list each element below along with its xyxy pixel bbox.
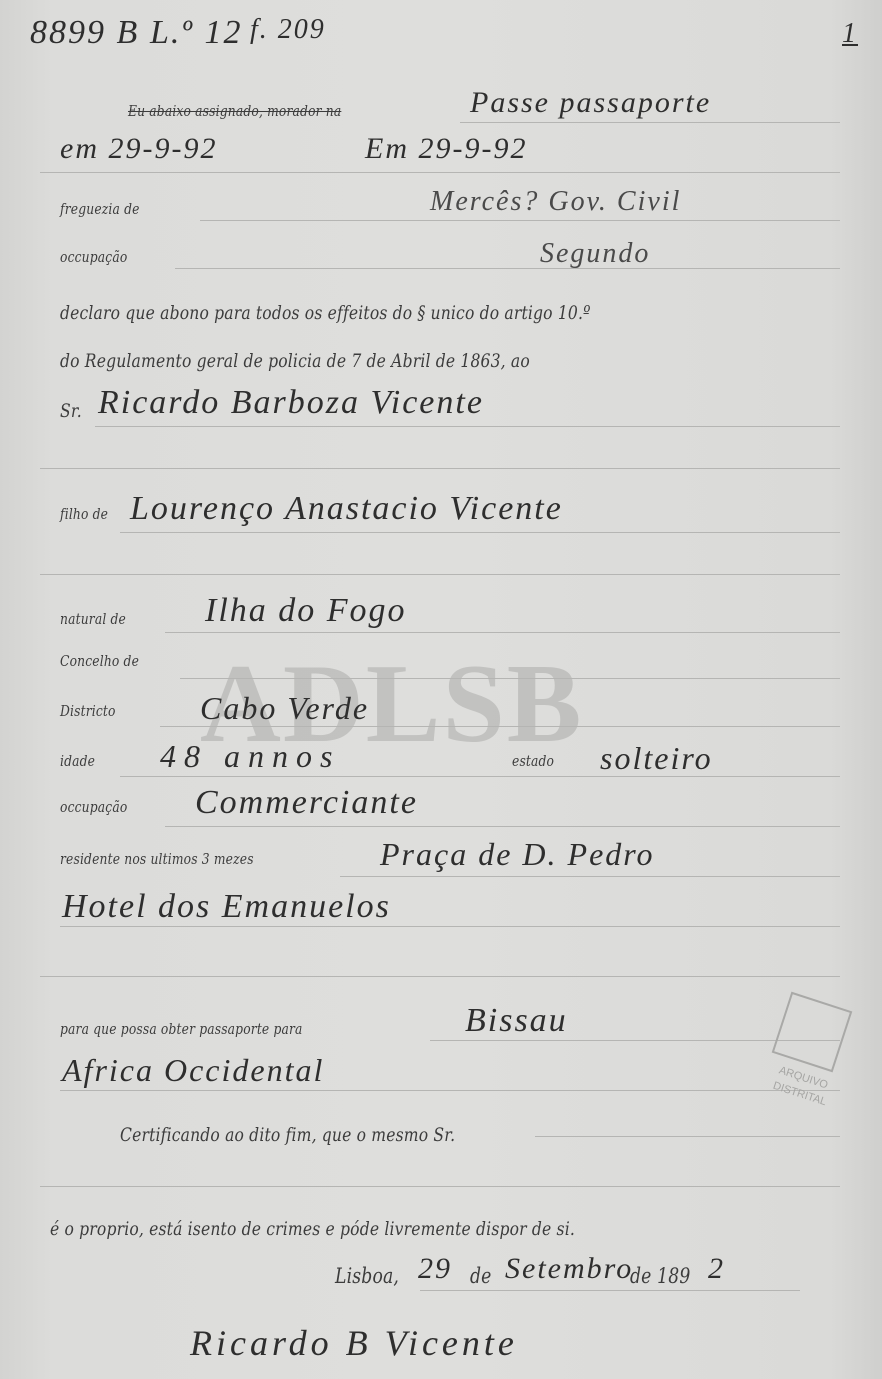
- filho-label: filho de: [60, 505, 108, 523]
- passport-declaration-page: ADLSB 8899 B L.º 12 f. 209 1 Eu abaixo a…: [0, 0, 882, 1379]
- reference-number: 8899 B: [30, 14, 139, 52]
- certificando-text: Certificando ao dito fim, que o mesmo Sr…: [120, 1124, 455, 1146]
- intro-label: Eu abaixo assignado, morador na: [128, 102, 341, 120]
- idade-label: idade: [60, 752, 95, 770]
- page-number: 1: [842, 18, 858, 50]
- estado-value: solteiro: [600, 740, 713, 777]
- signature: Ricardo B Vicente: [190, 1322, 518, 1364]
- occupacao-value: Segundo: [540, 238, 650, 270]
- estado-label: estado: [512, 752, 554, 770]
- archive-stamp: [772, 992, 853, 1073]
- residente-value-2: Hotel dos Emanuelos: [62, 888, 391, 926]
- sr-label: Sr.: [60, 400, 82, 422]
- destino-value-2: Africa Occidental: [62, 1052, 324, 1089]
- residente-value-1: Praça de D. Pedro: [380, 836, 655, 873]
- book-number: L.º 12: [150, 14, 242, 52]
- freguezia-label: freguezia de: [60, 200, 140, 218]
- year-prefix: de 189: [630, 1264, 691, 1288]
- destino-value-1: Bissau: [465, 1002, 568, 1040]
- folio-number: f. 209: [250, 14, 326, 46]
- name-value: Ricardo Barboza Vicente: [98, 384, 484, 422]
- idade-value: 48 annos: [160, 738, 340, 775]
- districto-label: Districto: [60, 702, 116, 720]
- passaporte-label: para que possa obter passaporte para: [60, 1020, 303, 1038]
- regulation-text: do Regulamento geral de policia de 7 de …: [60, 350, 530, 372]
- filho-value: Lourenço Anastacio Vicente: [130, 490, 563, 528]
- declaration-text: declaro que abono para todos os effeitos…: [60, 302, 591, 324]
- districto-value: Cabo Verde: [200, 690, 369, 727]
- year-suffix: 2: [708, 1252, 725, 1286]
- natural-value: Ilha do Fogo: [205, 592, 407, 630]
- de-label-1: de: [470, 1264, 492, 1288]
- occupacao2-label: occupação: [60, 798, 127, 816]
- proprio-text: é o proprio, está isento de crimes e pód…: [50, 1218, 575, 1240]
- occupacao-label: occupação: [60, 248, 127, 266]
- annotation-date-right: Em 29-9-92: [365, 132, 527, 166]
- day-value: 29: [418, 1252, 452, 1286]
- place-label: Lisboa,: [335, 1264, 399, 1288]
- freguezia-value: Mercês? Gov. Civil: [430, 186, 681, 218]
- annotation-date-left: em 29-9-92: [60, 132, 217, 166]
- concelho-label: Concelho de: [60, 652, 139, 670]
- occupacao2-value: Commerciante: [195, 784, 418, 822]
- residente-label: residente nos ultimos 3 mezes: [60, 850, 254, 868]
- annotation-line1: Passe passaporte: [470, 86, 711, 120]
- natural-label: natural de: [60, 610, 126, 628]
- month-value: Setembro: [505, 1252, 633, 1286]
